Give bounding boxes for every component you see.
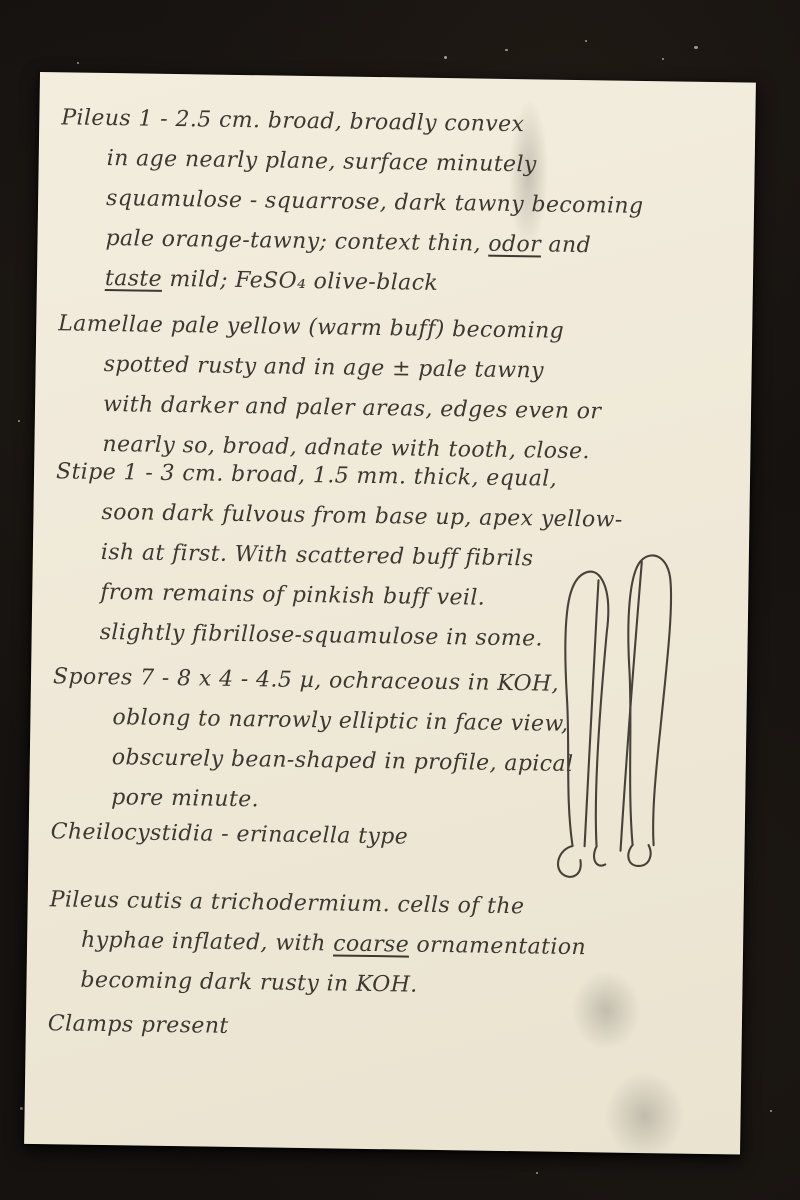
- line-text: Stipe 1 - 3 cm. broad, 1.5 mm. thick, eq…: [56, 459, 557, 491]
- line-text: Cheilocystidia - erinacella type: [51, 819, 409, 849]
- line-text: Lamellae pale yellow (warm buff) becomin…: [58, 311, 564, 344]
- felt-speck: [505, 49, 508, 51]
- felt-speck: [694, 46, 698, 49]
- line-text: in age nearly plane, surface minutely: [107, 146, 537, 177]
- line-text: slightly fibrillose-squamulose in some.: [100, 620, 544, 652]
- felt-speck: [18, 420, 20, 422]
- line-text: spotted rusty and in age ± pale tawny: [103, 352, 544, 384]
- handwritten-line: becoming dark rusty in KOH.: [80, 961, 729, 1011]
- line-text: squamulose - squarrose, dark tawny becom…: [106, 186, 644, 219]
- felt-speck: [20, 1107, 23, 1110]
- line-text: Pileus 1 - 2.5 cm. broad, broadly convex: [61, 105, 524, 137]
- handwritten-line: Clamps present: [48, 1004, 729, 1054]
- line-text: and: [541, 232, 591, 258]
- felt-speck: [77, 62, 79, 64]
- felt-speck: [585, 40, 587, 42]
- paragraph-pileus-cutis: Pileus cutis a trichodermium. cells of t…: [48, 880, 730, 1010]
- index-card: Pileus 1 - 2.5 cm. broad, broadly convex…: [24, 72, 756, 1155]
- line-text: becoming dark rusty in KOH.: [80, 968, 417, 998]
- underlined-word-odor: odor: [488, 232, 541, 258]
- felt-speck: [536, 1172, 538, 1174]
- underlined-word-coarse: coarse: [333, 931, 409, 957]
- cystidia-outline-icon: [536, 545, 713, 896]
- line-text: Spores 7 - 8 x 4 - 4.5 µ, ochraceous in …: [53, 664, 559, 697]
- paragraph-lamellae: Lamellae pale yellow (warm buff) becomin…: [56, 304, 738, 474]
- line-text: pale orange-tawny; context thin,: [105, 226, 488, 257]
- line-text: from remains of pinkish buff veil.: [100, 580, 485, 611]
- felt-speck: [444, 56, 447, 59]
- handwritten-line: taste mild; FeSO₄ olive-black: [105, 259, 740, 308]
- line-text: Pileus cutis a trichodermium. cells of t…: [50, 887, 525, 919]
- line-text: obscurely bean-shaped in profile, apical: [112, 745, 574, 777]
- line-text: soon dark fulvous from base up, apex yel…: [101, 500, 623, 533]
- paragraph-clamps: Clamps present: [48, 1004, 729, 1054]
- line-text: ornamentation: [409, 933, 586, 961]
- line-text: Clamps present: [48, 1011, 229, 1039]
- line-text: oblong to narrowly elliptic in face view…: [112, 705, 568, 737]
- felt-speck: [662, 58, 664, 60]
- line-text: pore minute.: [111, 785, 259, 812]
- line-text: ish at first. With scattered buff fibril…: [101, 540, 534, 571]
- line-text: hyphae inflated, with: [81, 928, 333, 957]
- line-text: mild; FeSO₄ olive-black: [162, 267, 438, 296]
- line-text: with darker and paler areas, edges even …: [103, 392, 602, 424]
- felt-speck: [770, 1110, 772, 1112]
- paragraph-pileus: Pileus 1 - 2.5 cm. broad, broadly convex…: [59, 98, 742, 308]
- paper-smudge: [604, 1070, 685, 1161]
- underlined-word-taste: taste: [105, 266, 162, 292]
- cystidia-sketch-drawing: [536, 545, 713, 896]
